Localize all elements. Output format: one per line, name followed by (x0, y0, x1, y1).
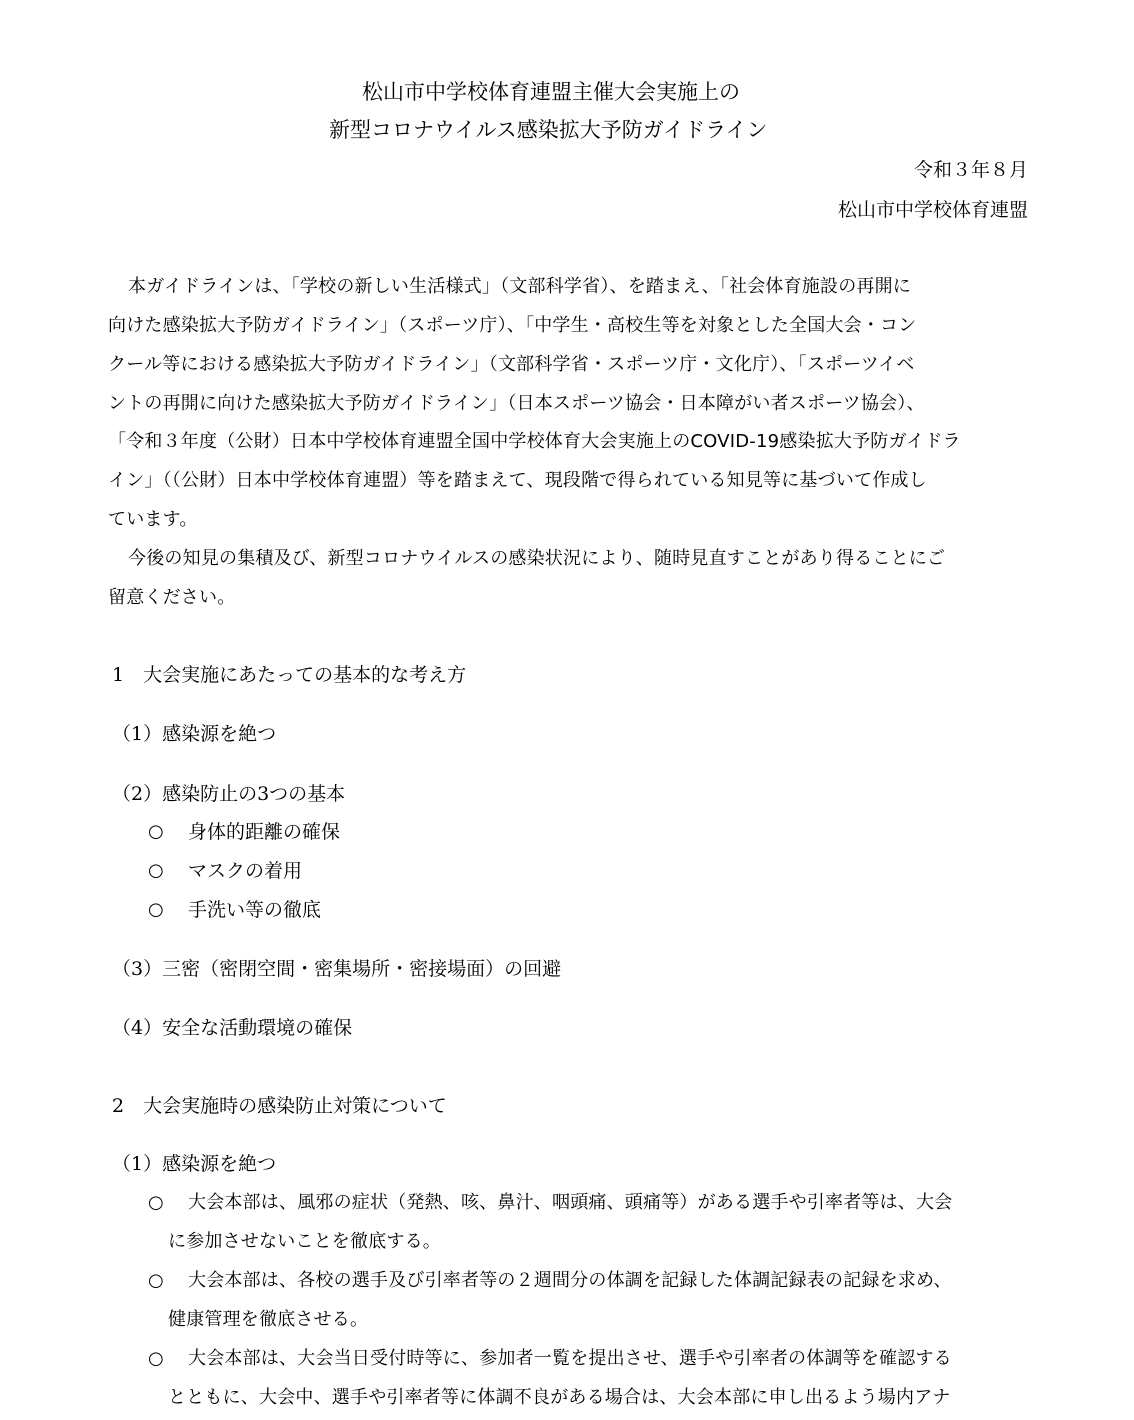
circle-bullet-icon: ○ (148, 820, 164, 844)
section-1-item: （4）安全な活動環境の確保 (112, 1016, 352, 1040)
date: 令和３年８月 (914, 158, 1028, 182)
circle-bullet-icon: ○ (148, 1269, 164, 1293)
section-1-item: （3）三密（密閉空間・密集場所・密接場面）の回避 (112, 957, 561, 981)
circle-bullet-icon: ○ (148, 1347, 164, 1371)
measure-line: 大会本部は、大会当日受付時等に、参加者一覧を提出させ、選手や引率者の体調等を確認… (188, 1347, 952, 1371)
basic-item: 手洗い等の徹底 (188, 898, 321, 922)
basic-item: 身体的距離の確保 (188, 820, 340, 844)
section-2-sub-1: （1）感染源を絶つ (112, 1152, 276, 1176)
intro-line: イン」（（公財）日本中学校体育連盟）等を踏まえて、現段階で得られている知見等に基… (108, 469, 927, 493)
section-1-heading: 1 大会実施にあたっての基本的な考え方 (112, 663, 466, 687)
document-page: 松山市中学校体育連盟主催大会実施上の 新型コロナウイルス感染拡大予防ガイドライン… (0, 0, 1134, 1420)
measure-line: とともに、大会中、選手や引率者等に体調不良がある場合は、大会本部に申し出るよう場… (168, 1386, 951, 1410)
basic-item: マスクの着用 (188, 859, 302, 883)
intro-line: ントの再開に向けた感染拡大予防ガイドライン」（日本スポーツ協会・日本障がい者スポ… (108, 392, 925, 416)
title-line-2: 新型コロナウイルス感染拡大予防ガイドライン (329, 118, 767, 142)
section-1-item: （2）感染防止の3つの基本 (112, 782, 345, 806)
author: 松山市中学校体育連盟 (838, 198, 1028, 222)
intro-line: ています。 (108, 508, 198, 532)
measure-line: 大会本部は、各校の選手及び引率者等の２週間分の体調を記録した体調記録表の記録を求… (188, 1269, 952, 1293)
measure-line: 大会本部は、風邪の症状（発熱、咳、鼻汁、咽頭痛、頭痛等）がある選手や引率者等は、… (188, 1191, 952, 1215)
intro-line: クール等における感染拡大予防ガイドライン」（文部科学省・スポーツ庁・文化庁）、「… (108, 353, 914, 377)
section-1-item: （1）感染源を絶つ (112, 722, 276, 746)
intro-line: 「令和３年度（公財）日本中学校体育連盟全国中学校体育大会実施上のCOVID-19… (108, 430, 961, 454)
title-line-1: 松山市中学校体育連盟主催大会実施上の (362, 80, 740, 104)
circle-bullet-icon: ○ (148, 898, 164, 922)
measure-line: に参加させないことを徹底する。 (168, 1230, 441, 1254)
intro-line: 向けた感染拡大予防ガイドライン」（スポーツ庁）、「中学生・高校生等を対象とした全… (108, 314, 916, 338)
circle-bullet-icon: ○ (148, 1191, 164, 1215)
measure-line: 健康管理を徹底させる。 (168, 1308, 368, 1332)
intro-line: 本ガイドラインは、「学校の新しい生活様式」（文部科学省）、を踏まえ、「社会体育施… (128, 275, 911, 299)
circle-bullet-icon: ○ (148, 859, 164, 883)
intro-line: 今後の知見の集積及び、新型コロナウイルスの感染状況により、随時見直すことがあり得… (128, 547, 945, 571)
intro-line: 留意ください。 (108, 586, 235, 610)
section-2-heading: 2 大会実施時の感染防止対策について (112, 1094, 447, 1118)
